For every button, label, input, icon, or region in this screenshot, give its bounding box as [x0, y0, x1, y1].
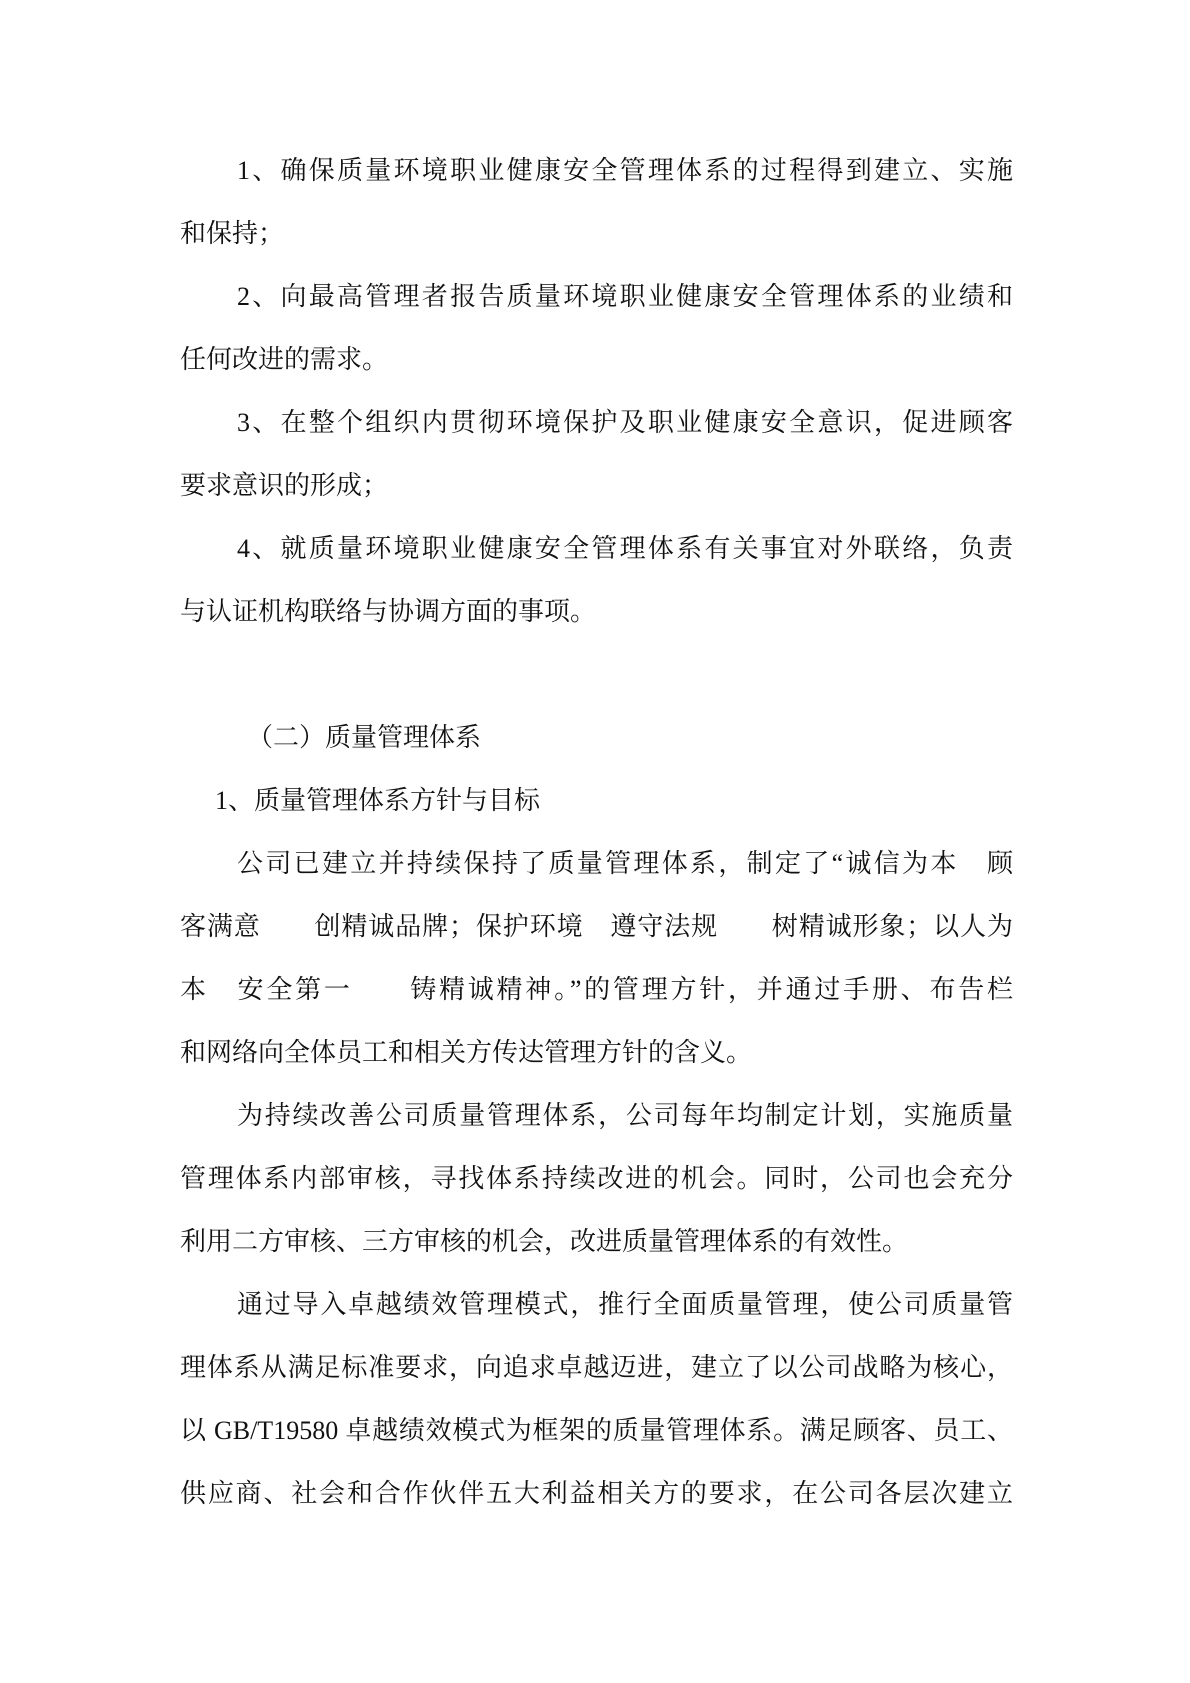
text-line: 与认证机构联络与协调方面的事项。 [180, 580, 1013, 643]
text-line: 3、在整个组织内贯彻环境保护及职业健康安全意识，促进顾客 [180, 391, 1013, 454]
text-line: 和网络向全体员工和相关方传达管理方针的含义。 [180, 1021, 1013, 1084]
list-item-3: 3、在整个组织内贯彻环境保护及职业健康安全意识，促进顾客要求意识的形成； [180, 391, 1013, 517]
text-line: 2、向最高管理者报告质量环境职业健康安全管理体系的业绩和 [180, 265, 1013, 328]
document-text-block: 1、确保质量环境职业健康安全管理体系的过程得到建立、实施和保持；2、向最高管理者… [180, 139, 1013, 1525]
text-line: 为持续改善公司质量管理体系，公司每年均制定计划，实施质量 [180, 1084, 1013, 1147]
text-line: 公司已建立并持续保持了质量管理体系，制定了“诚信为本 顾 [180, 832, 1013, 895]
paragraph-continuous-improvement: 为持续改善公司质量管理体系，公司每年均制定计划，实施质量管理体系内部审核，寻找体… [180, 1084, 1013, 1273]
section-heading-quality-management-system: （二）质量管理体系 [180, 706, 1013, 769]
text-line: 通过导入卓越绩效管理模式，推行全面质量管理，使公司质量管 [180, 1273, 1013, 1336]
text-line: 要求意识的形成； [180, 454, 1013, 517]
text-line: 1、质量管理体系方针与目标 [180, 769, 1013, 832]
text-line: 和保持； [180, 202, 1013, 265]
text-line: 以 GB/T19580 卓越绩效模式为框架的质量管理体系。满足顾客、员工、 [180, 1399, 1013, 1462]
text-line: 理体系从满足标准要求，向追求卓越迈进，建立了以公司战略为核心， [180, 1336, 1013, 1399]
text-line: 管理体系内部审核，寻找体系持续改进的机会。同时，公司也会充分 [180, 1147, 1013, 1210]
paragraph-management-policy: 公司已建立并持续保持了质量管理体系，制定了“诚信为本 顾客满意 创精诚品牌；保护… [180, 832, 1013, 1084]
text-line: 本 安全第一 铸精诚精神。”的管理方针，并通过手册、布告栏 [180, 958, 1013, 1021]
text-line: 客满意 创精诚品牌；保护环境 遵守法规 树精诚形象；以人为 [180, 895, 1013, 958]
text-line: 供应商、社会和合作伙伴五大利益相关方的要求，在公司各层次建立 [180, 1462, 1013, 1525]
list-item-1: 1、确保质量环境职业健康安全管理体系的过程得到建立、实施和保持； [180, 139, 1013, 265]
text-line: 利用二方审核、三方审核的机会，改进质量管理体系的有效性。 [180, 1210, 1013, 1273]
document-page: 1、确保质量环境职业健康安全管理体系的过程得到建立、实施和保持；2、向最高管理者… [0, 0, 1190, 1683]
text-line: 任何改进的需求。 [180, 328, 1013, 391]
list-item-4: 4、就质量环境职业健康安全管理体系有关事宜对外联络，负责与认证机构联络与协调方面… [180, 517, 1013, 643]
subsection-heading-policy-and-goals: 1、质量管理体系方针与目标 [180, 769, 1013, 832]
text-line: 1、确保质量环境职业健康安全管理体系的过程得到建立、实施 [180, 139, 1013, 202]
paragraph-performance-excellence: 通过导入卓越绩效管理模式，推行全面质量管理，使公司质量管理体系从满足标准要求，向… [180, 1273, 1013, 1525]
text-line: （二）质量管理体系 [180, 706, 1013, 769]
list-item-2: 2、向最高管理者报告质量环境职业健康安全管理体系的业绩和任何改进的需求。 [180, 265, 1013, 391]
text-line: 4、就质量环境职业健康安全管理体系有关事宜对外联络，负责 [180, 517, 1013, 580]
